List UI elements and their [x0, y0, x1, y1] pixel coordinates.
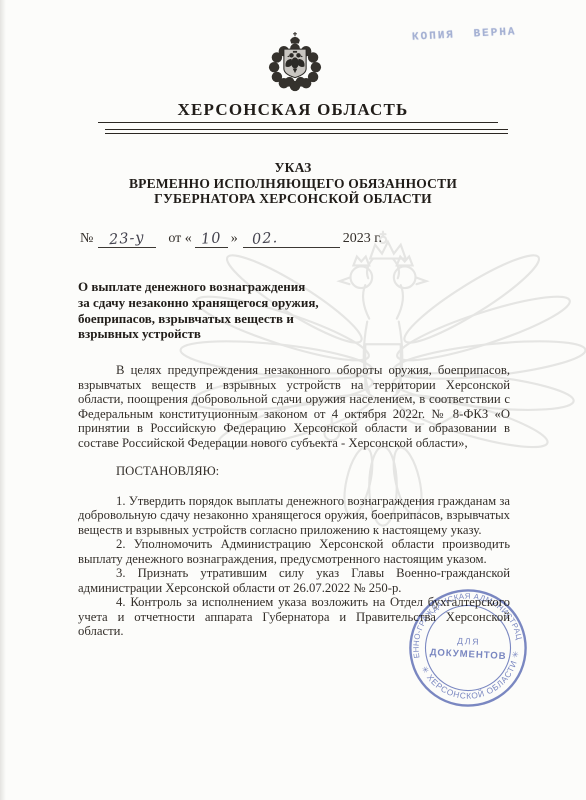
handwritten-day: 10 [201, 230, 223, 247]
stamp-center-line1: ДЛЯ [457, 636, 481, 647]
subject-line: за сдачу незаконно хранящегося оружия, [78, 295, 378, 311]
decree-item-1: 1. Утвердить порядок выплаты денежного в… [78, 494, 510, 538]
heading-line-governor: ГУБЕРНАТОРА ХЕРСОНСКОЙ ОБЛАСТИ [0, 191, 586, 207]
header-rule-bottom [105, 129, 508, 134]
day-blank: 10 [195, 230, 228, 248]
year-label: 2023 г. [343, 231, 382, 247]
document-type-heading: УКАЗ ВРЕМЕННО ИСПОЛНЯЮЩЕГО ОБЯЗАННОСТИ Г… [0, 160, 586, 207]
copy-verna-stamp: КОПИЯ ВЕРНА [412, 26, 517, 43]
subject-line: взрывных устройств [78, 326, 378, 342]
decree-document-page: КОПИЯ ВЕРНА ХЕРСОНСКАЯ ОБЛАСТЬ [0, 0, 586, 800]
heading-line-ukaz: УКАЗ [0, 160, 586, 176]
number-blank: 23-у [98, 230, 156, 248]
kherson-coat-of-arms-icon [260, 31, 330, 95]
administration-round-stamp-icon: ВОЕННО-ГРАЖДАНСКАЯ АДМИНИСТРАЦИЯ ✳ ХЕРСО… [404, 584, 532, 712]
heading-line-acting: ВРЕМЕННО ИСПОЛНЯЮЩЕГО ОБЯЗАННОСТИ [0, 176, 586, 192]
subject-line: О выплате денежного вознаграждения [78, 279, 378, 295]
from-label: от « [168, 231, 191, 247]
number-date-line: № 23-у от « 10 » 02. 2023 г. [80, 230, 382, 248]
subject-line: боеприпасов, взрывчатых веществ и [78, 311, 378, 327]
handwritten-month: 02. [251, 230, 278, 248]
preamble-paragraph: В целях предупреждения незаконного оборо… [78, 363, 510, 450]
month-blank: 02. [243, 230, 340, 248]
region-title: ХЕРСОНСКАЯ ОБЛАСТЬ [0, 100, 586, 120]
decree-subject: О выплате денежного вознаграждения за сд… [78, 279, 378, 342]
quote-close-label: » [231, 231, 238, 247]
handwritten-number: 23-у [109, 230, 146, 248]
number-sign-label: № [80, 231, 93, 247]
header-rule-top [98, 122, 498, 123]
stamp-center-line2: ДОКУМЕНТОВ [429, 647, 506, 662]
decree-item-2: 2. Уполномочить Администрацию Херсонской… [78, 537, 510, 566]
resolve-word: ПОСТАНОВЛЯЮ: [78, 464, 510, 479]
